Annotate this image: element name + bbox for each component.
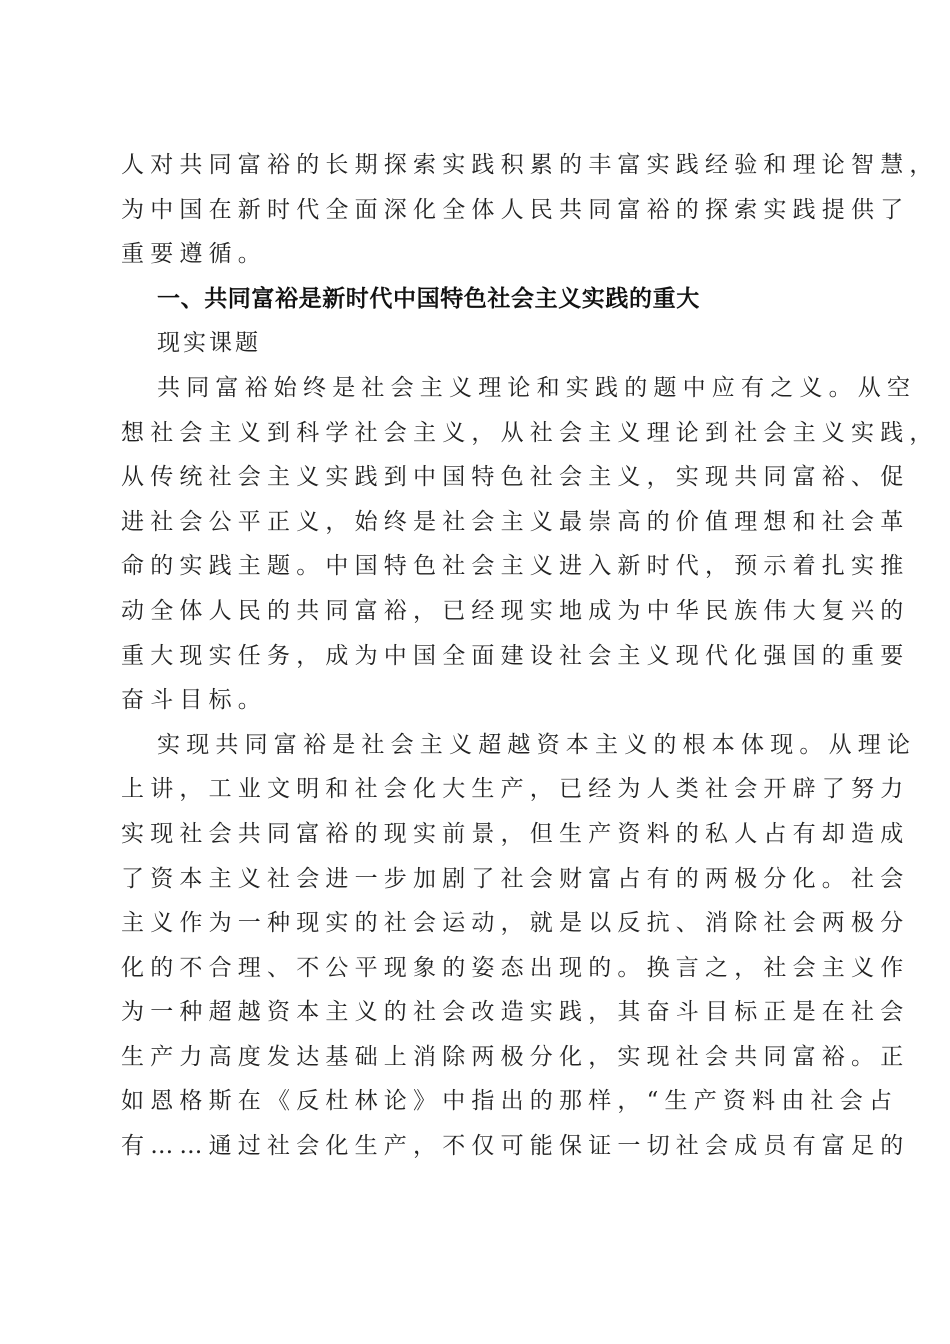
text-line: 为一种超越资本主义的社会改造实践，其奋斗目标正是在社会 (121, 990, 827, 1035)
heading-line: 一、共同富裕是新时代中国特色社会主义实践的重大 (121, 277, 827, 322)
text-line: 化的不合理、不公平现象的姿态出现的。换言之，社会主义作 (121, 946, 827, 991)
paragraph-beyond-capitalism: 实现共同富裕是社会主义超越资本主义的根本体现。从理论 上讲，工业文明和社会化大生… (121, 723, 827, 1169)
text-line: 主义作为一种现实的社会运动，就是以反抗、消除社会两极分 (121, 901, 827, 946)
text-line: 实现社会共同富裕的现实前景，但生产资料的私人占有却造成 (121, 812, 827, 857)
text-line: 想社会主义到科学社会主义，从社会主义理论到社会主义实践， (121, 411, 827, 456)
text-line: 命的实践主题。中国特色社会主义进入新时代，预示着扎实推 (121, 544, 827, 589)
paragraph-socialism-theme: 共同富裕始终是社会主义理论和实践的题中应有之义。从空 想社会主义到科学社会主义，… (121, 366, 827, 723)
text-line: 了资本主义社会进一步加剧了社会财富占有的两极分化。社会 (121, 857, 827, 902)
text-line: 生产力高度发达基础上消除两极分化，实现社会共同富裕。正 (121, 1035, 827, 1080)
text-line: 如恩格斯在《反杜林论》中指出的那样，“生产资料由社会占 (121, 1079, 827, 1124)
text-line: 重要遵循。 (121, 232, 827, 277)
text-line: 从传统社会主义实践到中国特色社会主义，实现共同富裕、促 (121, 455, 827, 500)
document-page: 人对共同富裕的长期探索实践积累的丰富实践经验和理论智慧， 为中国在新时代全面深化… (0, 0, 950, 1344)
text-line: 重大现实任务，成为中国全面建设社会主义现代化强国的重要 (121, 634, 827, 679)
heading-line-continuation: 现实课题 (121, 321, 827, 366)
text-line: 为中国在新时代全面深化全体人民共同富裕的探索实践提供了 (121, 188, 827, 233)
text-line: 人对共同富裕的长期探索实践积累的丰富实践经验和理论智慧， (121, 143, 827, 188)
text-line: 实现共同富裕是社会主义超越资本主义的根本体现。从理论 (121, 723, 827, 768)
paragraph-continuation: 人对共同富裕的长期探索实践积累的丰富实践经验和理论智慧， 为中国在新时代全面深化… (121, 143, 827, 277)
section-heading: 一、共同富裕是新时代中国特色社会主义实践的重大 现实课题 (121, 277, 827, 366)
text-line: 奋斗目标。 (121, 678, 827, 723)
text-line: 上讲，工业文明和社会化大生产，已经为人类社会开辟了努力 (121, 767, 827, 812)
text-line: 动全体人民的共同富裕，已经现实地成为中华民族伟大复兴的 (121, 589, 827, 634)
text-line: 共同富裕始终是社会主义理论和实践的题中应有之义。从空 (121, 366, 827, 411)
text-line: 进社会公平正义，始终是社会主义最崇高的价值理想和社会革 (121, 500, 827, 545)
document-body: 人对共同富裕的长期探索实践积累的丰富实践经验和理论智慧， 为中国在新时代全面深化… (121, 143, 827, 1169)
text-line: 有……通过社会化生产，不仅可能保证一切社会成员有富足的 (121, 1124, 827, 1169)
